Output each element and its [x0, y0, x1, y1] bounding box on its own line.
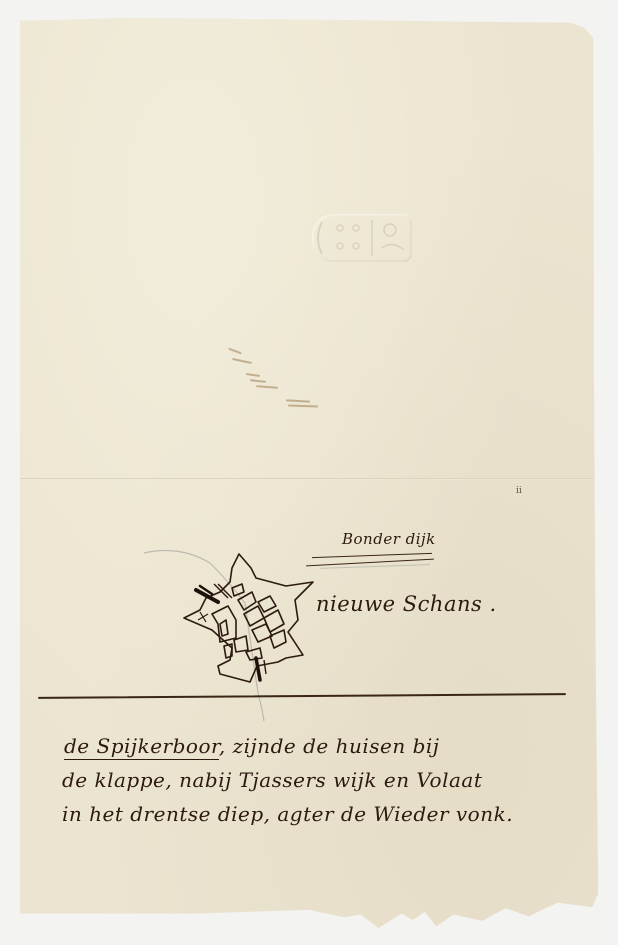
pencil-stroke — [286, 399, 310, 402]
scan-background: ⅱ — [0, 0, 618, 945]
emboss-stamp-icon — [312, 214, 412, 262]
pencil-stroke — [246, 373, 260, 377]
pencil-stroke — [232, 358, 252, 364]
dike-pencil-underline — [320, 564, 430, 569]
pencil-stroke — [288, 404, 318, 407]
text-line-2: de klappe, nabij Tjassers wijk en Volaat — [62, 768, 482, 792]
dike-label: Bonder dijk — [342, 530, 436, 548]
ink-corner-mark: ⅱ — [516, 486, 526, 496]
pencil-stroke — [256, 385, 278, 389]
place-name-underlined: de Spijkerboor — [64, 734, 219, 760]
pencil-stroke — [228, 348, 242, 355]
text-line-1-rest: , zijnde de huisen bij — [219, 734, 440, 758]
manuscript-sheet: ⅱ — [20, 18, 598, 930]
dike-underline — [312, 553, 432, 558]
pencil-stroke — [250, 379, 266, 383]
text-line-3: in het drentse diep, agter de Wieder von… — [62, 802, 513, 826]
paper-fold-crease — [20, 478, 598, 480]
star-fort-icon — [160, 540, 330, 720]
text-line-1: de Spijkerboor, zijnde de huisen bij — [64, 734, 440, 758]
emboss-stamp-glyph-icon — [312, 214, 412, 262]
fort-label: nieuwe Schans . — [316, 592, 497, 616]
